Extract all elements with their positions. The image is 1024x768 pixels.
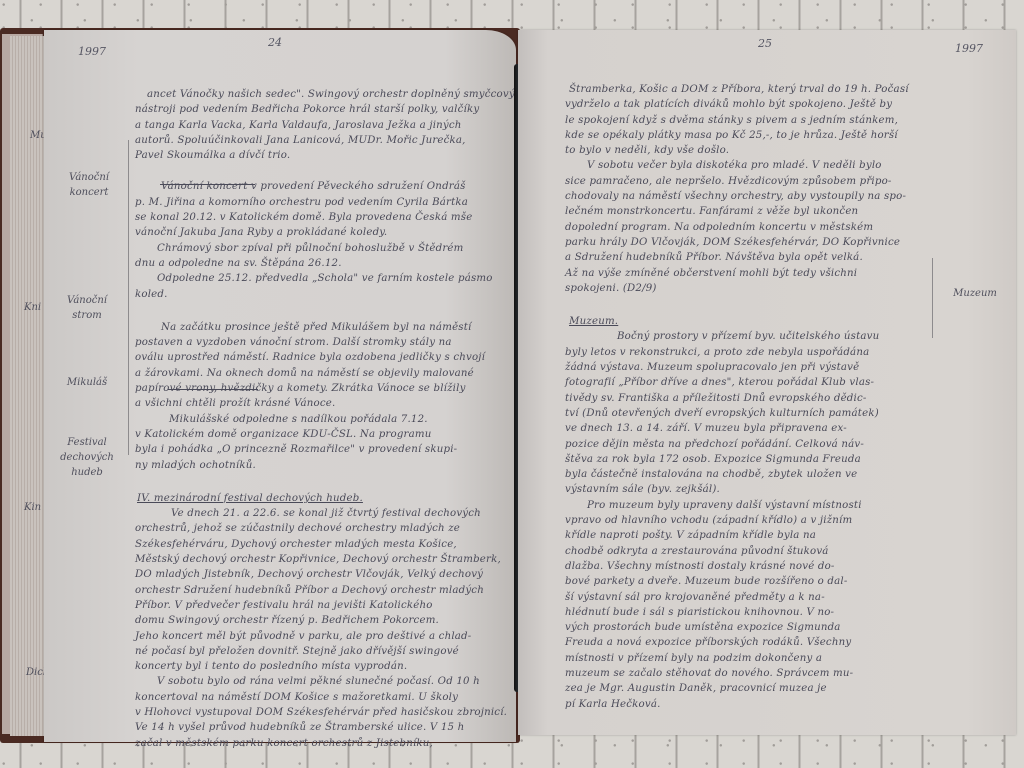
text-line: sice pamračeno, ale nepršelo. Hvězdicový…	[565, 174, 925, 189]
text-line: a žárovkami. Na oknech domů na náměstí s…	[135, 366, 515, 381]
text-line: chodbě odkryta a zrestaurována původní š…	[565, 544, 925, 559]
left-margin-divider	[128, 140, 129, 455]
text-line: V sobotu bylo od rána velmi pěkné sluneč…	[135, 674, 515, 689]
text-line: ve dnech 13. a 14. září. V muzeu byla př…	[565, 421, 925, 436]
text-line: v Hlohovci vystupoval DOM Székesfehérvár…	[135, 705, 515, 720]
text-line: žádná výstava. Muzeum spolupracovalo jen…	[565, 360, 925, 375]
text-line: Odpoledne 25.12. předvedla „Schola" ve f…	[135, 271, 515, 286]
text-line: autorů. Spoluúčinkovali Jana Lanicová, M…	[135, 133, 515, 148]
text-line: Bočný prostory v přízemí byv. učitelskéh…	[565, 329, 925, 344]
text-line: Na začátku prosince ještě před Mikulášem…	[135, 320, 515, 335]
left-year-label: 1997	[78, 45, 106, 58]
margin-note-festival: Festival dechových hudeb	[54, 435, 120, 480]
text-line: oválu uprostřed náměstí. Radnice byla oz…	[135, 350, 515, 365]
text-line: výstavním sále (byv. zejkšál).	[565, 482, 925, 497]
heading-underline	[168, 389, 258, 390]
left-page-number: 24	[268, 36, 282, 49]
text-line: ší výstavní sál pro krojovaněné předměty…	[565, 590, 925, 605]
text-line: hlédnutí bude i sál s piaristickou kniho…	[565, 605, 925, 620]
text-line: vých prostorách bude umístěna expozice S…	[565, 620, 925, 635]
text-line: zea je Mgr. Augustin Daněk, pracovnicí m…	[565, 681, 925, 696]
text-line: né počasí byl přeložen dovnitř. Stejně j…	[135, 644, 515, 659]
text-line: domu Swingový orchestr řízený p. Bedřich…	[135, 613, 515, 628]
text-line: byla částečně instalována na chodbě, zby…	[565, 467, 925, 482]
margin-note-muzeum: Muzeum	[942, 286, 1008, 301]
section-heading-festival: IV. mezinárodní festival dechových hudeb…	[135, 491, 515, 506]
text-line: a tanga Karla Vacka, Karla Valdaufa, Jar…	[135, 118, 515, 133]
text-line: parku hrály DO Vlčovják, DOM Székesfehér…	[565, 235, 925, 250]
text-line: kde se opékaly plátky masa po Kč 25,-, t…	[565, 128, 925, 143]
prev-margin-fragment: Kin	[24, 500, 41, 515]
text-line: vydrželo a tak platících diváků mohlo bý…	[565, 97, 925, 112]
prev-margin-fragment: Kni	[24, 300, 41, 315]
left-page-text: ancet Vánočky našich sedec". Swingový or…	[135, 87, 515, 751]
text-line: Až na výše zmíněné občerstvení mohli být…	[565, 266, 925, 281]
text-line: p. M. Jiřina a komorního orchestru pod v…	[135, 195, 515, 210]
margin-note-vanocni-koncert: Vánoční koncert	[58, 170, 120, 200]
text-line: to bylo v neděli, kdy vše došlo.	[565, 143, 925, 158]
text-line: DO mladých Jistebník, Dechový orchestr V…	[135, 567, 515, 582]
text-line: dnu a odpoledne na sv. Štěpána 26.12.	[135, 256, 515, 271]
text-line: bové parkety a dveře. Muzeum bude rozšíř…	[565, 574, 925, 589]
text-line: místnosti v přízemí byly na podzim dokon…	[565, 651, 925, 666]
text-line: ancet Vánočky našich sedec". Swingový or…	[135, 87, 515, 102]
text-line: orchestr Sdružení hudebníků Příbor a Dec…	[135, 583, 515, 598]
text-line: vpravo od hlavního vchodu (západní křídl…	[565, 513, 925, 528]
right-year-label: 1997	[955, 42, 983, 55]
text-line: V sobotu večer byla diskotéka pro mladé.…	[565, 158, 925, 173]
text-line: a všichni chtěli prožít krásné Vánoce.	[135, 396, 515, 411]
text-line: křídle naproti pošty. V západním křídle …	[565, 528, 925, 543]
heading-underline	[160, 184, 255, 185]
text-line: muzeum se začalo stěhovat do nového. Spr…	[565, 666, 925, 681]
text-line: lečném monstrkoncertu. Fanfárami z věže …	[565, 204, 925, 219]
text-line: pozice dějin města na předchozí pořádání…	[565, 437, 925, 452]
text-line: ny mladých ochotníků.	[135, 458, 515, 473]
text-line: Freuda a nová expozice příborských rodák…	[565, 635, 925, 650]
text-line: dlažba. Všechny místnosti dostaly krásné…	[565, 559, 925, 574]
text-line: byly letos v rekonstrukci, a proto zde n…	[565, 345, 925, 360]
section-heading-mikulas: Mikulášské odpoledne s nadílkou pořádala…	[135, 412, 515, 427]
text-line: se konal 20.12. v Katolickém domě. Byla …	[135, 210, 515, 225]
text-line: koled.	[135, 287, 515, 302]
text-line: koncerty byl i tento do posledního místa…	[135, 659, 515, 674]
text-line: byla i pohádka „O princezně Rozmařilce" …	[135, 442, 515, 457]
text-line: Jeho koncert měl být původně v parku, al…	[135, 629, 515, 644]
text-line: koncertoval na náměstí DOM Košice s mažo…	[135, 690, 515, 705]
text-line: a Sdružení hudebníků Příbor. Návštěva by…	[565, 250, 925, 265]
text-line: Ve 14 h vyšel průvod hudebníků ze Štramb…	[135, 720, 515, 735]
section-heading-vanocni-koncert: Vánoční koncert v provedení Pěveckého sd…	[135, 179, 515, 194]
text-line: le spokojení když s dvěma stánky s pivem…	[565, 113, 925, 128]
text-line: Štramberka, Košic a DOM z Příbora, který…	[565, 82, 925, 97]
text-line: pí Karla Hečková.	[565, 697, 925, 712]
text-line: Příbor. V předvečer festivalu hrál na je…	[135, 598, 515, 613]
text-line: v Katolickém domě organizace KDU-ČSL. Na…	[135, 427, 515, 442]
text-line: nástroji pod vedením Bedřicha Pokorce hr…	[135, 102, 515, 117]
text-line: začal v městském parku koncert orchestrů…	[135, 736, 515, 751]
right-margin-divider	[932, 258, 933, 338]
text-line: Městský dechový orchestr Kopřivnice, Dec…	[135, 552, 515, 567]
section-heading-muzeum: Muzeum.	[565, 314, 925, 329]
margin-note-vanocni-strom: Vánoční strom	[56, 293, 118, 323]
text-line: Chrámový sbor zpíval při půlnoční bohosl…	[135, 241, 515, 256]
text-line: Ve dnech 21. a 22.6. se konal již čtvrtý…	[135, 506, 515, 521]
text-line: chodovaly na náměstí všechny orchestry, …	[565, 189, 925, 204]
right-page-number: 25	[758, 37, 772, 50]
text-line: Székesfehérváru, Dychový orchester mladý…	[135, 537, 515, 552]
text-line: tví (Dnů otevřených dveří evropských kul…	[565, 406, 925, 421]
text-line: Pro muzeum byly upraveny další výstavní …	[565, 498, 925, 513]
text-line: Pavel Skoumálka a dívčí trio.	[135, 148, 515, 163]
text-line: dopolední program. Na odpoledním koncert…	[565, 220, 925, 235]
text-line: spokojeni. (D2/9)	[565, 281, 925, 296]
text-line: postaven a vyzdoben vánoční strom. Další…	[135, 335, 515, 350]
right-page-text: Štramberka, Košic a DOM z Příbora, který…	[565, 82, 925, 712]
text-line: štěva za rok byla 172 osob. Expozice Sig…	[565, 452, 925, 467]
text-line: vánoční Jakuba Jana Ryby a prokládané ko…	[135, 225, 515, 240]
text-line: orchestrů, jehož se zúčastnily dechové o…	[135, 521, 515, 536]
margin-note-mikulas: Mikuláš	[56, 375, 118, 390]
text-line: fotografií „Příbor dříve a dnes", kterou…	[565, 375, 925, 390]
text-line: tivědy sv. Františka a příležitosti Dnů …	[565, 391, 925, 406]
